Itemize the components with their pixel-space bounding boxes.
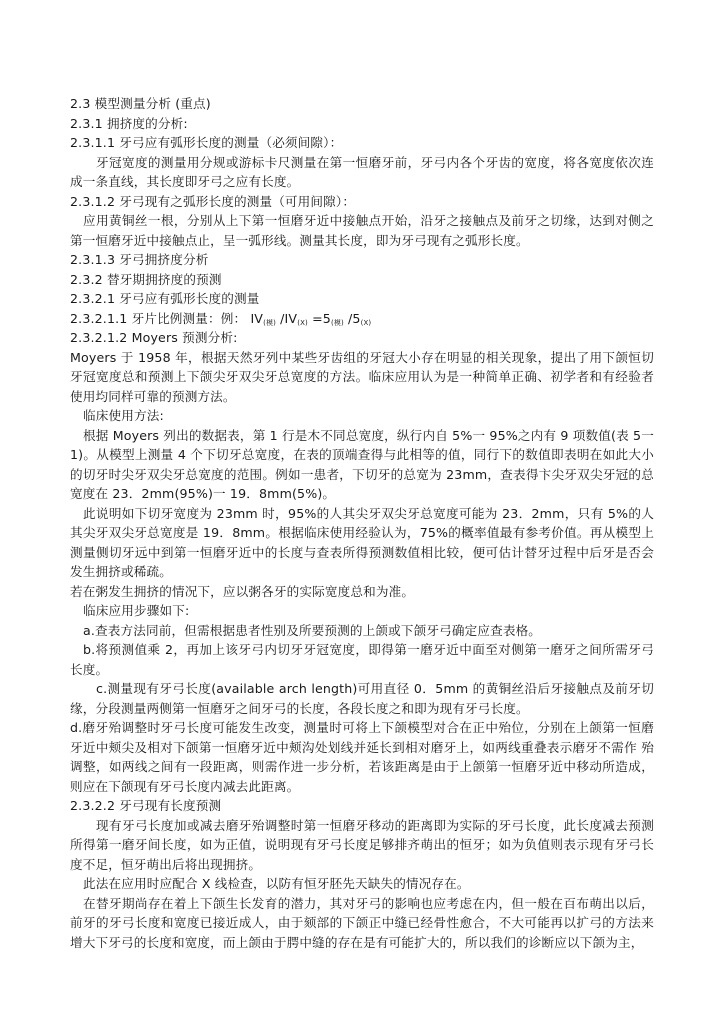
step-a: a.查表方法同前，但需根据患者性别及所要预测的上颌或下颌牙弓确定应查表格。	[70, 621, 654, 641]
step-b: b.将预测值乘 2，再加上该牙弓内切牙牙冠宽度，即得第一磨牙近中面至对侧第一磨牙…	[70, 640, 654, 679]
paragraph-explanation: 此说明如下切牙宽度为 23mm 时，95%的人其尖牙双尖牙总宽度可能为 23．2…	[70, 504, 654, 582]
formula-sub-d: (X)	[361, 319, 372, 327]
step-c: c.测量现有牙弓长度(available arch length)可用直径 0．…	[70, 679, 654, 718]
paragraph-xray-note: 此法在应用时应配合 X 线检查，以防有恒牙胚先天缺失的情况存在。	[70, 874, 654, 894]
step-d: d.磨牙殆调整时牙弓长度可能发生改变，测量时可将上下颌模型对合在正中殆位，分别在…	[70, 718, 654, 796]
ratio-formula: IV(模) /IV(X) =5(模) /5(X)	[250, 311, 371, 326]
heading-2-3-2-1-1-prefix: 2.3.2.1.1 牙片比例测量：例：	[70, 311, 246, 326]
formula-sub-b: (X)	[297, 319, 308, 327]
heading-2-3-2-1-2: 2.3.2.1.2 Moyers 预测分析:	[70, 328, 654, 348]
formula-term-a: IV	[250, 311, 263, 326]
heading-2-3-2-2: 2.3.2.2 牙弓现有长度预测	[70, 796, 654, 816]
formula-sub-c: (模)	[331, 319, 344, 327]
heading-2-3-1-2: 2.3.1.2 牙弓现有之弧形长度的测量（可用间隙）：	[70, 192, 654, 212]
paragraph-brass-wire: 应用黄铜丝一根，分别从上下第一恒磨牙近中接触点开始，沿牙之接触点及前牙之切缘，达…	[70, 211, 654, 250]
heading-2-3-1-3: 2.3.1.3 牙弓拥挤度分析	[70, 250, 654, 270]
heading-2-3-2-1-1: 2.3.2.1.1 牙片比例测量：例： IV(模) /IV(X) =5(模) /…	[70, 309, 654, 329]
heading-2-3-2: 2.3.2 替牙期拥挤度的预测	[70, 270, 654, 290]
paragraph-moyers-intro: Moyers 于 1958 年，根据天然牙列中某些牙齿组的牙冠大小存在明显的相关…	[70, 348, 654, 407]
heading-2-3-1-1: 2.3.1.1 牙弓应有弧形长度的测量（必须间隙）：	[70, 133, 654, 153]
paragraph-crowding-note: 若在粥发生拥挤的情况下，应以粥各牙的实际宽度总和为准。	[70, 582, 654, 602]
paragraph-growth-potential: 在替牙期尚存在着上下颌生长发育的潜力，其对牙弓的影响也应考虑在内，但一般在百布萌…	[70, 894, 654, 953]
paragraph-moyers-table: 根据 Moyers 列出的数据表，第 1 行是木不同总宽度，纵行内自 5%一 9…	[70, 426, 654, 504]
paragraph-crown-width: 牙冠宽度的测量用分规或游标卡尺测量在第一恒磨牙前，牙弓内各个牙齿的宽度，将各宽度…	[70, 153, 654, 192]
paragraph-actual-length: 现有牙弓长度加或减去磨牙殆调整时第一恒磨牙移动的距离即为实际的牙弓长度，此长度减…	[70, 816, 654, 875]
heading-2-3-1: 2.3.1 拥挤度的分析:	[70, 114, 654, 134]
paragraph-clinical-method-label: 临床使用方法:	[70, 406, 654, 426]
formula-term-c: =5	[312, 311, 331, 326]
document-body: 2.3 模型测量分析 (重点) 2.3.1 拥挤度的分析: 2.3.1.1 牙弓…	[70, 94, 654, 952]
document-page: 2.3 模型测量分析 (重点) 2.3.1 拥挤度的分析: 2.3.1.1 牙弓…	[0, 0, 724, 1024]
formula-term-d: /5	[348, 311, 361, 326]
paragraph-steps-label: 临床应用步骤如下:	[70, 601, 654, 621]
formula-term-b: /IV	[280, 311, 297, 326]
heading-2-3: 2.3 模型测量分析 (重点)	[70, 94, 654, 114]
heading-2-3-2-1: 2.3.2.1 牙弓应有弧形长度的测量	[70, 289, 654, 309]
formula-sub-a: (模)	[263, 319, 276, 327]
